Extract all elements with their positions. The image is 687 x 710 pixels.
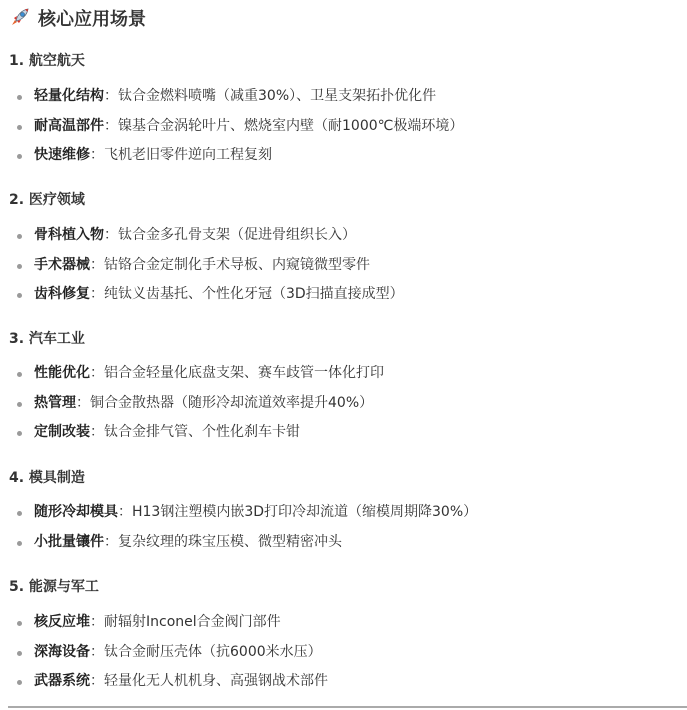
- item-text: 钛合金多孔骨支架（促进骨组织长入）: [118, 227, 356, 243]
- item-label: 定制改装: [34, 424, 90, 440]
- separator: ：: [90, 673, 104, 689]
- item-label: 齿科修复: [34, 286, 90, 302]
- separator: ：: [90, 365, 104, 381]
- separator: ：: [118, 504, 132, 520]
- list-item: 齿科修复：纯钛义齿基托、个性化牙冠（3D扫描直接成型）: [0, 280, 404, 310]
- item-text: 钛合金燃料喷嘴（减重30%）、卫星支架拓扑优化件: [118, 88, 436, 104]
- item-label: 深海设备: [34, 644, 90, 660]
- item-text: 钛合金耐压壳体（抗6000米水压）: [104, 644, 322, 660]
- section-heading-aerospace: 1. 航空航天: [9, 50, 85, 70]
- list-item: 快速维修：飞机老旧零件逆向工程复刻: [0, 141, 463, 171]
- item-text: 复杂纹理的珠宝压模、微型精密冲头: [118, 534, 342, 550]
- separator: ：: [90, 614, 104, 630]
- list-item: 定制改装：钛合金排气管、个性化刹车卡钳: [0, 418, 384, 448]
- rocket-icon: [8, 7, 30, 29]
- automotive-list: 性能优化：铝合金轻量化底盘支架、赛车歧管一体化打印 热管理：铜合金散热器（随形冷…: [0, 359, 384, 448]
- list-item: 骨科植入物：钛合金多孔骨支架（促进骨组织长入）: [0, 221, 404, 251]
- item-label: 轻量化结构: [34, 88, 104, 104]
- separator: ：: [104, 88, 118, 104]
- section-heading-mold: 4. 模具制造: [9, 467, 85, 487]
- list-item: 核反应堆：耐辐射Inconel合金阀门部件: [0, 608, 328, 638]
- item-label: 快速维修: [34, 147, 90, 163]
- separator: ：: [104, 227, 118, 243]
- list-item: 武器系统：轻量化无人机机身、高强钢战术部件: [0, 667, 328, 697]
- separator: ：: [104, 534, 118, 550]
- item-text: H13钢注塑模内嵌3D打印冷却流道（缩模周期降30%）: [132, 504, 477, 520]
- item-text: 纯钛义齿基托、个性化牙冠（3D扫描直接成型）: [104, 286, 404, 302]
- item-text: 轻量化无人机机身、高强钢战术部件: [104, 673, 328, 689]
- title-text: 核心应用场景: [38, 5, 146, 31]
- separator: ：: [90, 424, 104, 440]
- list-item: 手术器械：钴铬合金定制化手术导板、内窥镜微型零件: [0, 251, 404, 281]
- item-text: 铜合金散热器（随形冷却流道效率提升40%）: [90, 395, 373, 411]
- item-label: 小批量镶件: [34, 534, 104, 550]
- item-text: 镍基合金涡轮叶片、燃烧室内壁（耐1000℃极端环境）: [118, 118, 463, 134]
- separator: ：: [76, 395, 90, 411]
- page-title: 核心应用场景: [8, 5, 146, 31]
- item-text: 铝合金轻量化底盘支架、赛车歧管一体化打印: [104, 365, 384, 381]
- list-item: 随形冷却模具：H13钢注塑模内嵌3D打印冷却流道（缩模周期降30%）: [0, 498, 477, 528]
- item-label: 随形冷却模具: [34, 504, 118, 520]
- mold-list: 随形冷却模具：H13钢注塑模内嵌3D打印冷却流道（缩模周期降30%） 小批量镶件…: [0, 498, 477, 557]
- item-label: 手术器械: [34, 257, 90, 273]
- list-item: 小批量镶件：复杂纹理的珠宝压模、微型精密冲头: [0, 528, 477, 558]
- item-text: 钴铬合金定制化手术导板、内窥镜微型零件: [104, 257, 370, 273]
- item-label: 性能优化: [34, 365, 90, 381]
- separator: ：: [90, 644, 104, 660]
- item-text: 钛合金排气管、个性化刹车卡钳: [104, 424, 300, 440]
- separator: ：: [90, 147, 104, 163]
- energy-military-list: 核反应堆：耐辐射Inconel合金阀门部件 深海设备：钛合金耐压壳体（抗6000…: [0, 608, 328, 697]
- item-label: 骨科植入物: [34, 227, 104, 243]
- list-item: 轻量化结构：钛合金燃料喷嘴（减重30%）、卫星支架拓扑优化件: [0, 82, 463, 112]
- separator: ：: [90, 257, 104, 273]
- list-item: 性能优化：铝合金轻量化底盘支架、赛车歧管一体化打印: [0, 359, 384, 389]
- item-label: 武器系统: [34, 673, 90, 689]
- list-item: 耐高温部件：镍基合金涡轮叶片、燃烧室内壁（耐1000℃极端环境）: [0, 112, 463, 142]
- separator: ：: [90, 286, 104, 302]
- item-label: 核反应堆: [34, 614, 90, 630]
- medical-list: 骨科植入物：钛合金多孔骨支架（促进骨组织长入） 手术器械：钴铬合金定制化手术导板…: [0, 221, 404, 310]
- item-label: 耐高温部件: [34, 118, 104, 134]
- list-item: 热管理：铜合金散热器（随形冷却流道效率提升40%）: [0, 389, 384, 419]
- section-heading-medical: 2. 医疗领域: [9, 189, 85, 209]
- item-text: 飞机老旧零件逆向工程复刻: [104, 147, 272, 163]
- item-label: 热管理: [34, 395, 76, 411]
- aerospace-list: 轻量化结构：钛合金燃料喷嘴（减重30%）、卫星支架拓扑优化件 耐高温部件：镍基合…: [0, 82, 463, 171]
- horizontal-rule: [8, 706, 687, 708]
- section-heading-energy-military: 5. 能源与军工: [9, 576, 99, 596]
- separator: ：: [104, 118, 118, 134]
- item-text: 耐辐射Inconel合金阀门部件: [104, 614, 281, 630]
- section-heading-automotive: 3. 汽车工业: [9, 328, 85, 348]
- list-item: 深海设备：钛合金耐压壳体（抗6000米水压）: [0, 638, 328, 668]
